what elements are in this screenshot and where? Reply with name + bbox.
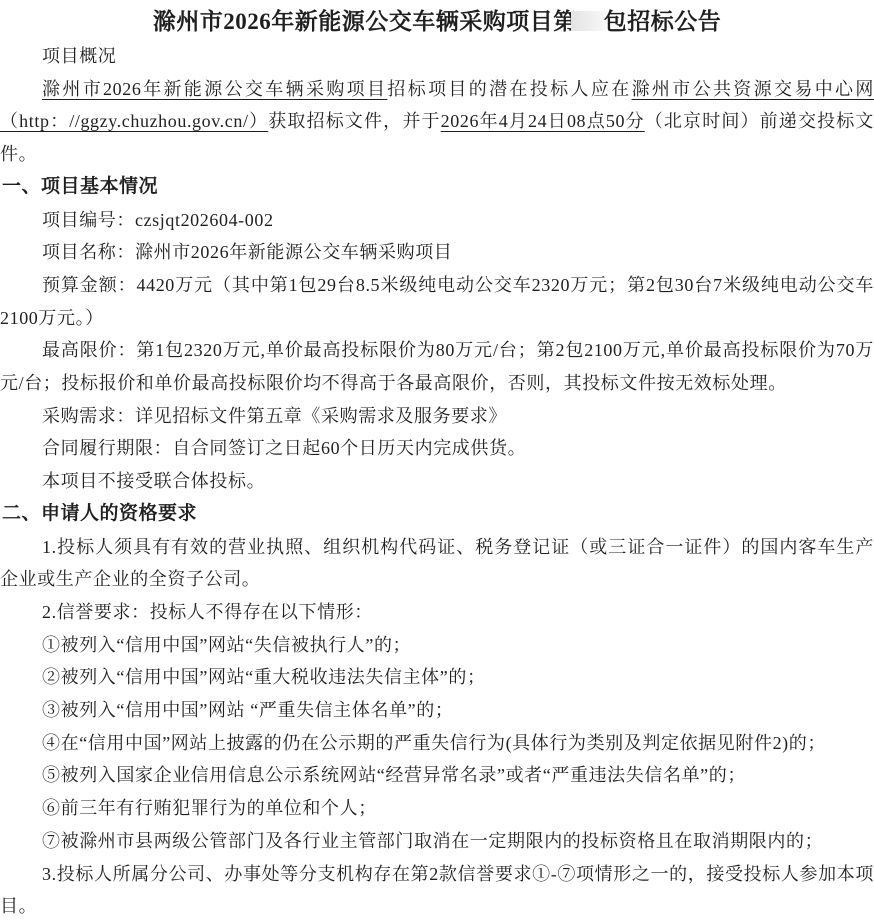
price-ceiling: 最高限价：第1包2320万元,单价最高投标限价为80万元/台；第2包2100万元…: [0, 334, 874, 399]
tender-announcement-document: 滁州市2026年新能源公交车辆采购项目第包招标公告 项目概况 滁州市2026年新…: [0, 0, 874, 923]
qualification-item-1: 1.投标人须具有有效的营业执照、组织机构代码证、税务登记证（或三证合一证件）的国…: [0, 531, 874, 596]
credit-clause-1: ①被列入“信用中国”网站“失信被执行人”的；: [0, 629, 874, 662]
page-title: 滁州市2026年新能源公交车辆采购项目第包招标公告: [0, 4, 874, 40]
overview-text-1: 招标项目的潜在投标人应在: [387, 79, 631, 99]
credit-clause-5: ⑤被列入国家企业信用信息公示系统网站“经营异常名录”或者“严重违法失信名单”的；: [0, 759, 874, 792]
title-suffix: 包招标公告: [604, 9, 722, 34]
section-heading-qualification: 二、申请人的资格要求: [0, 498, 874, 531]
credit-clause-2: ②被列入“信用中国”网站“重大税收违法失信主体”的；: [0, 661, 874, 694]
overview-text-2: 获取招标文件，并于: [268, 111, 440, 131]
no-consortium-note: 本项目不接受联合体投标。: [0, 465, 874, 498]
project-number: 项目编号：czsjqt202604-002: [0, 204, 874, 237]
qualification-item-3: 3.投标人所属分公司、办事处等分支机构存在第2款信誉要求①-⑦项情形之一的，接受…: [0, 858, 874, 923]
credit-clause-6: ⑥前三年有行贿犯罪行为的单位和个人；: [0, 792, 874, 825]
project-name: 项目名称：滁州市2026年新能源公交车辆采购项目: [0, 236, 874, 269]
project-name-underlined: 滁州市2026年新能源公交车辆采购项目: [42, 79, 387, 99]
procurement-requirements: 采购需求：详见招标文件第五章《采购需求及服务要求》: [0, 400, 874, 433]
overview-label: 项目概况: [0, 40, 874, 73]
section-heading-basic-info: 一、项目基本情况: [0, 171, 874, 204]
deadline-datetime: 2026年4月24日08点50分: [441, 111, 645, 131]
contract-duration: 合同履行期限：自合同签订之日起60个日历天内完成供货。: [0, 432, 874, 465]
credit-clause-7: ⑦被滁州市县两级公管部门及各行业主管部门取消在一定期限内的投标资格且在取消期限内…: [0, 825, 874, 858]
budget-amount: 预算金额：4420万元（其中第1包29台8.5米级纯电动公交车2320万元；第2…: [0, 269, 874, 334]
credit-clause-4: ④在“信用中国”网站上披露的仍在公示期的严重失信行为(具体行为类别及判定依据见附…: [0, 727, 874, 760]
overview-paragraph: 滁州市2026年新能源公交车辆采购项目招标项目的潜在投标人应在滁州市公共资源交易…: [0, 73, 874, 171]
qualification-item-2: 2.信誉要求：投标人不得存在以下情形：: [0, 596, 874, 629]
credit-clause-3: ③被列入“信用中国”网站 “严重失信主体名单”的；: [0, 694, 874, 727]
title-prefix: 滁州市2026年新能源公交车辆采购项目第: [153, 9, 577, 34]
